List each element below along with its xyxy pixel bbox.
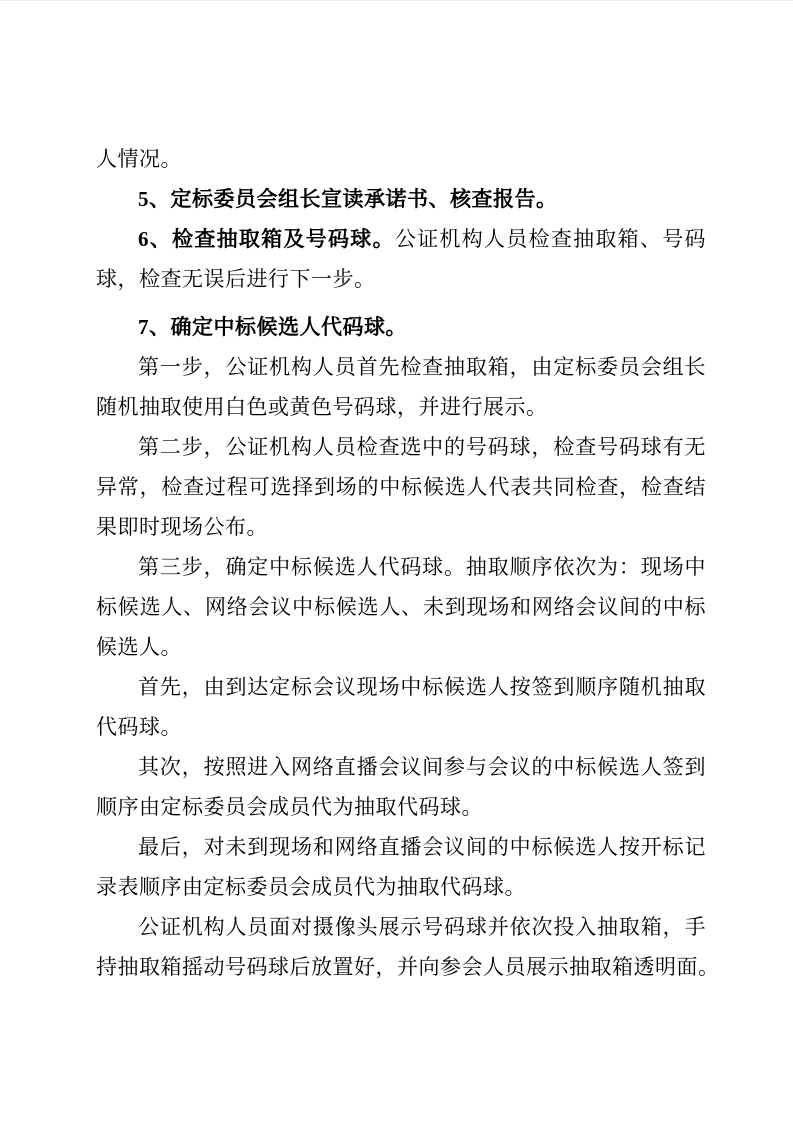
- text-line: 候选人。: [96, 627, 706, 667]
- text-line: 随机抽取使用白色或黄色号码球，并进行展示。: [96, 387, 706, 427]
- text-line: 公证机构人员面对摄像头展示号码球并依次投入抽取箱，手: [96, 907, 706, 947]
- text-line: 首先，由到达定标会议现场中标候选人按签到顺序随机抽取: [96, 667, 706, 707]
- body-text-segment: 公证机构人员检查抽取箱、号码: [395, 227, 706, 251]
- text-line: 第三步，确定中标候选人代码球。抽取顺序依次为：现场中: [96, 547, 706, 587]
- body-text-segment: 第三步，确定中标候选人代码球。抽取顺序依次为：现场中: [138, 555, 706, 579]
- body-text-segment: 随机抽取使用白色或黄色号码球，并进行展示。: [96, 395, 548, 419]
- body-text-segment: 第二步，公证机构人员检查选中的号码球，检查号码球有无: [138, 435, 706, 459]
- body-text-segment: 候选人。: [96, 635, 182, 659]
- text-line: 最后，对未到现场和网络直播会议间的中标候选人按开标记: [96, 827, 706, 867]
- body-text-segment: 公证机构人员面对摄像头展示号码球并依次投入抽取箱，手: [138, 915, 706, 939]
- body-text-segment: 异常，检查过程可选择到场的中标候选人代表共同检查，检查结: [96, 475, 706, 499]
- text-line: 第二步，公证机构人员检查选中的号码球，检查号码球有无: [96, 427, 706, 467]
- text-line: 5、定标委员会组长宣读承诺书、核查报告。: [96, 179, 706, 219]
- text-line: 人情况。: [96, 139, 706, 179]
- text-line: 7、确定中标候选人代码球。: [96, 307, 706, 347]
- body-text-segment: 代码球。: [96, 715, 182, 739]
- text-line: 异常，检查过程可选择到场的中标候选人代表共同检查，检查结: [96, 467, 706, 507]
- text-line: 顺序由定标委员会成员代为抽取代码球。: [96, 787, 706, 827]
- document-page: 人情况。5、定标委员会组长宣读承诺书、核查报告。6、检查抽取箱及号码球。公证机构…: [0, 0, 793, 1121]
- body-text-segment: 第一步，公证机构人员首先检查抽取箱，由定标委员会组长: [138, 355, 706, 379]
- heading-text-segment: 5、定标委员会组长宣读承诺书、核查报告。: [138, 187, 558, 211]
- body-text-segment: 人情况。: [96, 147, 182, 171]
- document-content: 人情况。5、定标委员会组长宣读承诺书、核查报告。6、检查抽取箱及号码球。公证机构…: [96, 139, 706, 987]
- body-text-segment: 标候选人、网络会议中标候选人、未到现场和网络会议间的中标: [96, 595, 706, 619]
- heading-text-segment: 7、确定中标候选人代码球。: [138, 315, 407, 339]
- text-line: 标候选人、网络会议中标候选人、未到现场和网络会议间的中标: [96, 587, 706, 627]
- body-text-segment: 录表顺序由定标委员会成员代为抽取代码球。: [96, 875, 526, 899]
- body-text-segment: 持抽取箱摇动号码球后放置好，并向参会人员展示抽取箱透明面。: [96, 955, 720, 979]
- text-line: 球，检查无误后进行下一步。: [96, 259, 706, 299]
- body-text-segment: 果即时现场公布。: [96, 515, 268, 539]
- body-text-segment: 最后，对未到现场和网络直播会议间的中标候选人按开标记: [138, 835, 706, 859]
- text-line: 第一步，公证机构人员首先检查抽取箱，由定标委员会组长: [96, 347, 706, 387]
- heading-text-segment: 6、检查抽取箱及号码球。: [138, 227, 395, 251]
- text-line: 持抽取箱摇动号码球后放置好，并向参会人员展示抽取箱透明面。: [96, 947, 706, 987]
- text-line: 其次，按照进入网络直播会议间参与会议的中标候选人签到: [96, 747, 706, 787]
- text-line: 果即时现场公布。: [96, 507, 706, 547]
- text-line: 录表顺序由定标委员会成员代为抽取代码球。: [96, 867, 706, 907]
- text-line: 代码球。: [96, 707, 706, 747]
- text-line: 6、检查抽取箱及号码球。公证机构人员检查抽取箱、号码: [96, 219, 706, 259]
- body-text-segment: 首先，由到达定标会议现场中标候选人按签到顺序随机抽取: [138, 675, 706, 699]
- body-text-segment: 其次，按照进入网络直播会议间参与会议的中标候选人签到: [138, 755, 706, 779]
- body-text-segment: 球，检查无误后进行下一步。: [96, 267, 376, 291]
- body-text-segment: 顺序由定标委员会成员代为抽取代码球。: [96, 795, 483, 819]
